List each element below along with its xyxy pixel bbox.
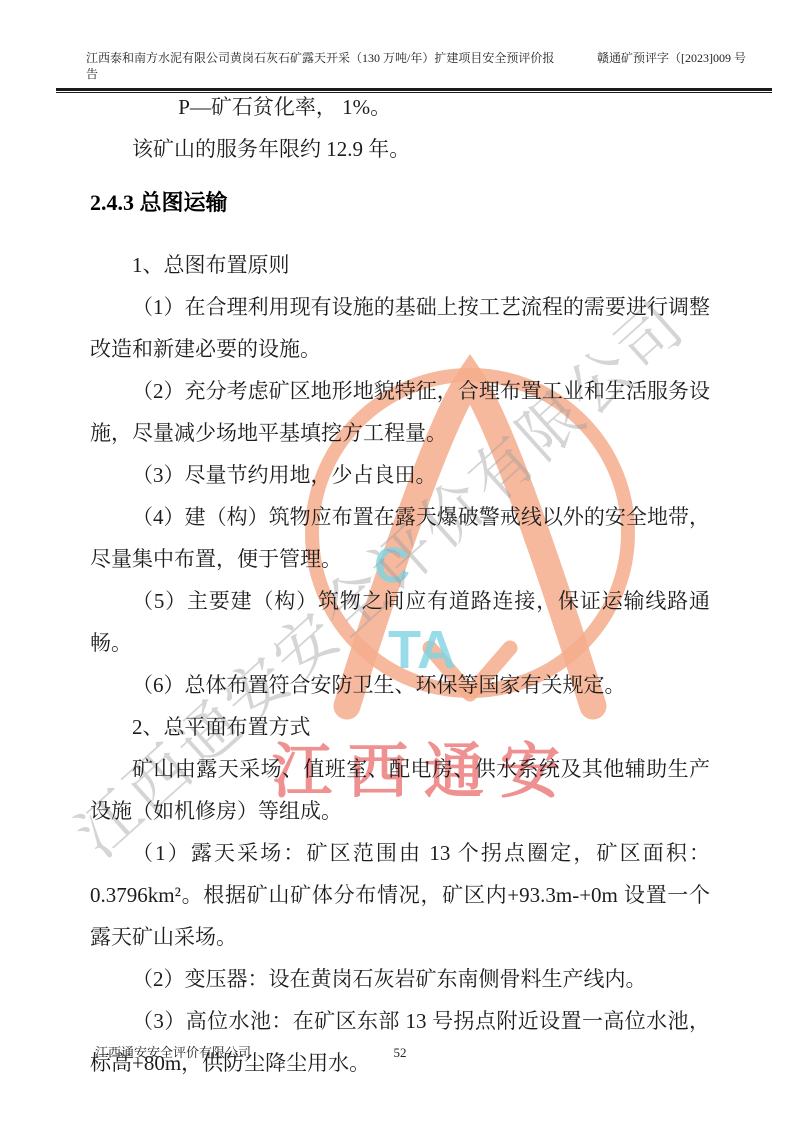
paragraph: （1）在合理利用现有设施的基础上按工艺流程的需要进行调整改造和新建必要的设施。 <box>90 286 710 370</box>
paragraph: （3）高位水池：在矿区东部 13 号拐点附近设置一高位水池，标高+80m，供防尘… <box>90 1000 710 1084</box>
paragraph: 该矿山的服务年限约 12.9 年。 <box>90 128 710 170</box>
paragraph: （3）尽量节约用地，少占良田。 <box>90 454 710 496</box>
paragraph: （2）变压器：设在黄岗石灰岩矿东南侧骨料生产线内。 <box>90 958 710 1000</box>
section-heading: 2.4.3 总图运输 <box>90 188 710 218</box>
page-number: 52 <box>0 1044 800 1062</box>
document-body: P—矿石贫化率， 1%。 该矿山的服务年限约 12.9 年。 2.4.3 总图运… <box>90 86 710 1084</box>
paragraph: （2）充分考虑矿区地形地貌特征，合理布置工业和生活服务设施，尽量减少场地平基填挖… <box>90 370 710 454</box>
paragraph: 1、总图布置原则 <box>90 244 710 286</box>
paragraph: （1）露天采场：矿区范围由 13 个拐点圈定，矿区面积：0.3796km²。根据… <box>90 832 710 958</box>
paragraph: 矿山由露天采场、值班室、配电房、供水系统及其他辅助生产设施（如机修房）等组成。 <box>90 748 710 832</box>
paragraph: （4）建（构）筑物应布置在露天爆破警戒线以外的安全地带，尽量集中布置，便于管理。 <box>90 496 710 580</box>
header-row: 江西泰和南方水泥有限公司黄岗石灰石矿露天开采（130 万吨/年）扩建项目安全预评… <box>56 50 772 88</box>
paragraph: 2、总平面布置方式 <box>90 706 710 748</box>
paragraph: （5）主要建（构）筑物之间应有道路连接，保证运输线路通畅。 <box>90 580 710 664</box>
paragraph: P—矿石贫化率， 1%。 <box>90 86 710 128</box>
header-report-title: 江西泰和南方水泥有限公司黄岗石灰石矿露天开采（130 万吨/年）扩建项目安全预评… <box>86 50 566 82</box>
header-document-number: 赣通矿预评字（[2023]009 号 <box>597 50 768 66</box>
page-footer: 江西通安安全评价有限公司 52 <box>0 1044 800 1064</box>
paragraph: （6）总体布置符合安防卫生、环保等国家有关规定。 <box>90 664 710 706</box>
document-page: C TA 江西通安安全评价有限公司 江西通安 江西泰和南方水泥有限公司黄岗石灰石… <box>0 0 800 1131</box>
content-layer: 江西泰和南方水泥有限公司黄岗石灰石矿露天开采（130 万吨/年）扩建项目安全预评… <box>0 0 800 1131</box>
